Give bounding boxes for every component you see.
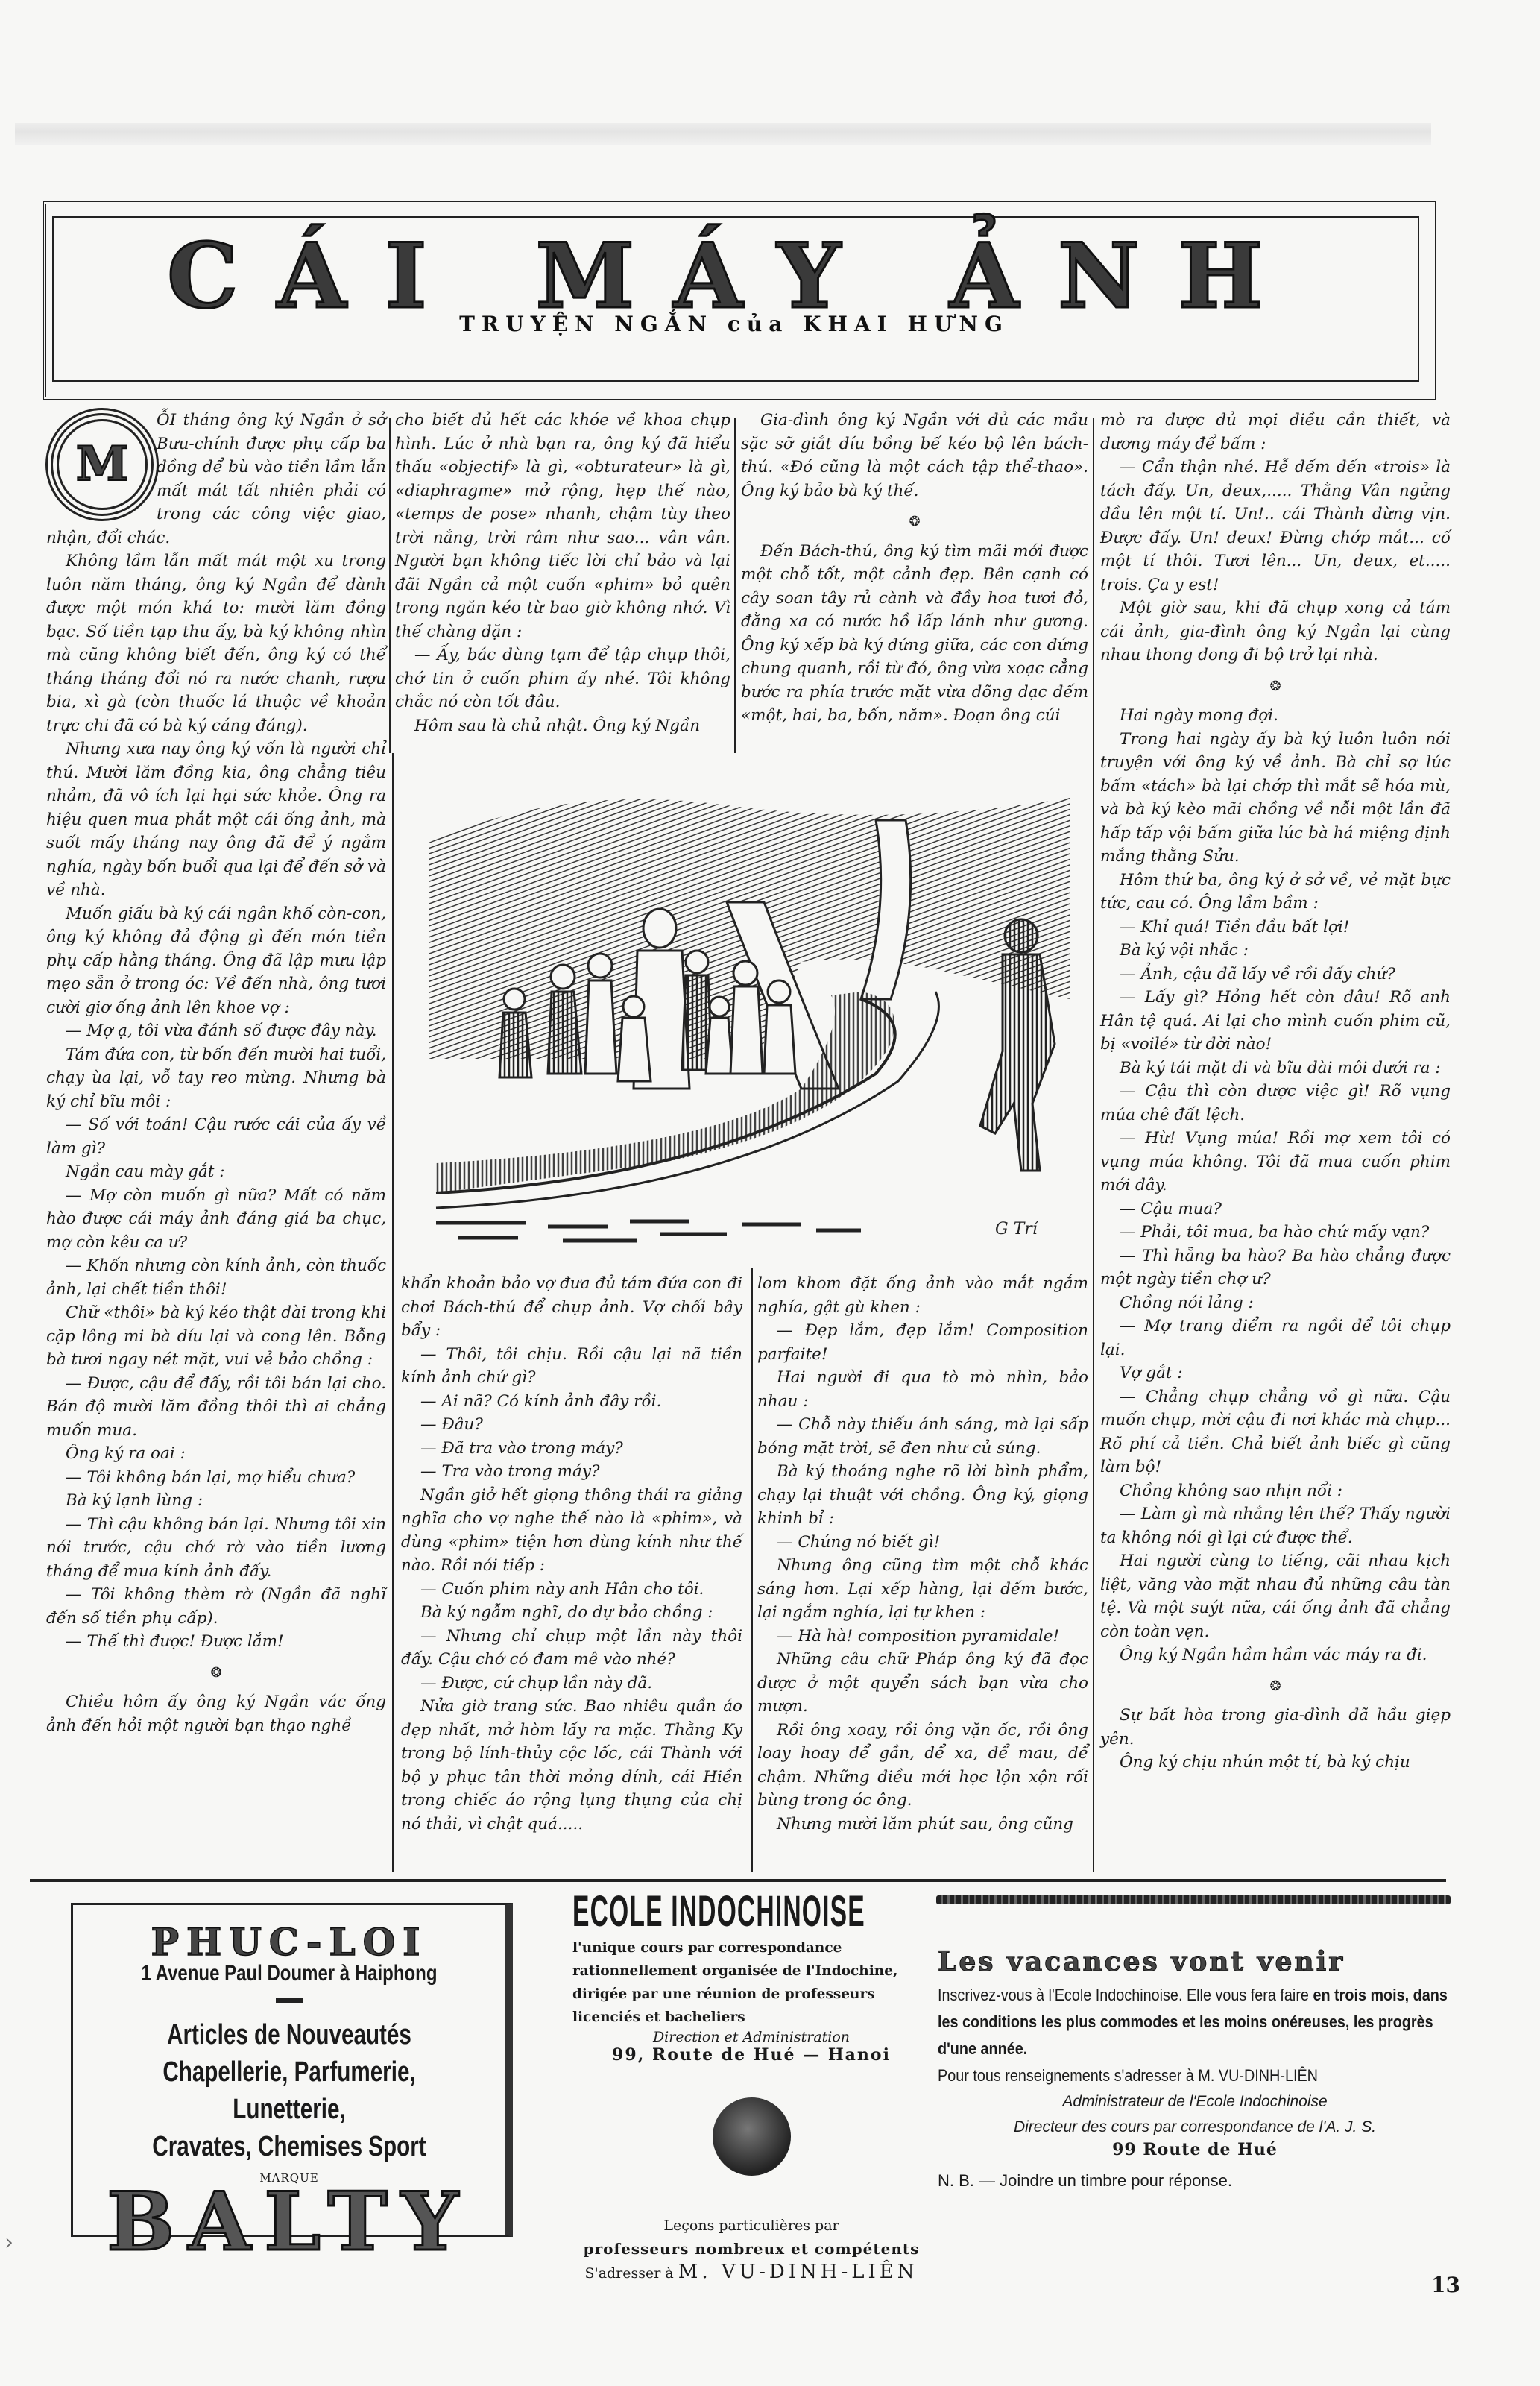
section-ornament-icon: ❂ — [46, 1661, 386, 1685]
ad-vacances: Les vacances vont venir Inscrivez-vous à… — [938, 1946, 1452, 2191]
ad-goods-line: Lunetterie, — [121, 2091, 458, 2128]
article-column-3: Gia-đình ông ký Ngần với đủ các mầu sặc … — [741, 409, 1088, 728]
paragraph: — Cuốn phim này anh Hân cho tôi. — [401, 1578, 742, 1602]
ad-school-address: 99, Route de Hué — Hanoi — [572, 2045, 930, 2065]
paragraph: — Nhưng chỉ chụp một lần này thôi đấy. C… — [401, 1625, 742, 1672]
paragraph: Chồng không sao nhịn nổi : — [1100, 1479, 1451, 1503]
paragraph: lom khom đặt ống ảnh vào mắt ngắm nghía,… — [757, 1272, 1088, 1319]
paragraph: — Đẹp lắm, đẹp lắm! Composition parfaite… — [757, 1319, 1088, 1366]
paragraph: — Mợ ạ, tôi vừa đánh số được đây này. — [46, 1019, 386, 1043]
lessons-contact: S'adresser à M. VU-DINH-LIÊN — [572, 2261, 930, 2285]
ad-shop-name: PHUC-LOI — [73, 1920, 505, 1964]
paragraph: Hai ngày mong đợi. — [1100, 704, 1451, 728]
paragraph: — Ai nã? Có kính ảnh đây rồi. — [401, 1390, 742, 1414]
paragraph: — Cẩn thận nhé. Hễ đếm đến «trois» là tá… — [1100, 456, 1451, 596]
paragraph: — Hừ! Vụng múa! Rồi mợ xem tôi có vụng m… — [1100, 1127, 1451, 1197]
article-column-1: M ỖI tháng ông ký Ngần ở sở Bưu-chính đư… — [46, 409, 386, 1737]
paragraph: — Chúng nó biết gì! — [757, 1531, 1088, 1555]
paragraph: Nhưng ông cũng tìm một chỗ khác sáng hơn… — [757, 1554, 1088, 1625]
paragraph: — Mợ còn muốn gì nữa? Mất có năm hào đượ… — [46, 1184, 386, 1255]
ad-school-name: ECOLE INDOCHINOISE — [572, 1886, 931, 1936]
paragraph: — Hà hà! composition pyramidale! — [757, 1625, 1088, 1649]
section-ornament-icon: ❂ — [741, 510, 1088, 534]
paragraph: — Tôi không thèm rờ (Ngần đã nghĩ đến số… — [46, 1583, 386, 1630]
paragraph: Rồi ông xoay, rồi ông vặn ốc, rồi ông lo… — [757, 1719, 1088, 1813]
paragraph: Bà ký lạnh lùng : — [46, 1489, 386, 1513]
paragraph: cho biết đủ hết các khóe về khoa chụp hì… — [395, 409, 730, 643]
article-column-3-lower: lom khom đặt ống ảnh vào mắt ngắm nghía,… — [757, 1272, 1088, 1836]
scan-margin-mark: › — [4, 2229, 13, 2256]
paragraph: Một giờ sau, khi đã chụp xong cả tám cái… — [1100, 596, 1451, 667]
lessons-contact-name: M. VU-DINH-LIÊN — [678, 2261, 918, 2283]
paragraph: Đến Bách-thú, ông ký tìm mãi mới được mộ… — [741, 540, 1088, 728]
paragraph: — Chẳng chụp chẳng vồ gì nữa. Cậu muốn c… — [1100, 1385, 1451, 1479]
paragraph: — Tôi không bán lại, mợ hiểu chưa? — [46, 1466, 386, 1490]
paragraph: — Đã tra vào trong máy? — [401, 1437, 742, 1461]
column-rule — [392, 753, 394, 1872]
paragraph: Ông ký ra oai : — [46, 1442, 386, 1466]
ad-ecole-indochinoise: ECOLE INDOCHINOISE l'unique cours par co… — [572, 1886, 930, 2285]
svg-text:G Trí: G Trí — [995, 1220, 1040, 1238]
column-rule — [1093, 418, 1094, 1872]
paragraph: — Lấy gì? Hỏng hết còn đâu! Rõ anh Hân t… — [1100, 986, 1451, 1057]
ad-vacances-body: Inscrivez-vous à l'Ecole Indochinoise. E… — [938, 1982, 1451, 2089]
section-divider — [30, 1879, 1446, 1882]
paragraph: — Chỗ này thiếu ánh sáng, mà lại sấp bón… — [757, 1413, 1088, 1460]
paragraph: Chồng nói lảng : — [1100, 1291, 1451, 1315]
section-ornament-icon: ❂ — [1100, 1675, 1451, 1699]
ad-school-direction: Direction et Administration — [572, 2029, 930, 2045]
paragraph: Bà ký ngẫm nghĩ, do dự bảo chồng : — [401, 1601, 742, 1625]
paragraph: — Cậu thì còn được việc gì! Rõ vụng múa … — [1100, 1080, 1451, 1127]
ad-vacances-title-2: Directeur des cours par correspondance d… — [938, 2115, 1452, 2140]
paragraph: — Được, cứ chụp lần này đã. — [401, 1672, 742, 1696]
section-ornament-icon: ❂ — [1100, 675, 1451, 699]
lessons-line-2: professeurs nombreux et compétents — [572, 2238, 930, 2261]
dropcap-initial: M — [57, 419, 148, 510]
ad-school-description: l'unique cours par correspondance ration… — [572, 1936, 930, 2029]
paragraph: — Số với toán! Cậu rước cái của ấy về là… — [46, 1113, 386, 1160]
ad-vacances-title-1: Administrateur de l'Ecole Indochinoise — [938, 2089, 1452, 2115]
paragraph: Ông ký Ngần hầm hầm vác máy ra đi. — [1100, 1643, 1451, 1667]
ad-shop-address: 1 Avenue Paul Doumer à Haiphong — [116, 1961, 462, 1986]
paragraph: — Cậu mua? — [1100, 1197, 1451, 1221]
paragraph: Chiều hôm ấy ông ký Ngần vác ống ảnh đến… — [46, 1690, 386, 1737]
paragraph: Bà ký tái mặt đi và bĩu dài môi dưới ra … — [1100, 1057, 1451, 1080]
paragraph: — Thì hẵng ba hào? Ba hào chẳng được một… — [1100, 1244, 1451, 1291]
article-column-2-lower: khẩn khoản bảo vợ đưa đủ tám đứa con đi … — [401, 1272, 742, 1836]
paragraph: — Làm gì mà nhắng lên thế? Thấy người ta… — [1100, 1502, 1451, 1549]
ad-vacances-body-plain: Inscrivez-vous à l'Ecole Indochinoise. E… — [938, 1986, 1309, 2004]
paragraph: Hai người cùng to tiếng, cãi nhau kịch l… — [1100, 1549, 1451, 1643]
paragraph: Nhưng xưa nay ông ký vốn là người chỉ th… — [46, 737, 386, 902]
park-scene-drawing-icon: G Trí — [414, 775, 1085, 1253]
paragraph: — Khỉ quá! Tiền đầu bất lợi! — [1100, 916, 1451, 939]
paragraph: — Thôi, tôi chịu. Rồi cậu lại nã tiền kí… — [401, 1343, 742, 1390]
ad-vacances-note: N. B. — Joindre un timbre pour réponse. — [938, 2171, 1452, 2191]
ad-goods-line: Articles de Nouveautés — [121, 2016, 458, 2053]
scan-edge-shadow — [15, 123, 1431, 145]
ad-vacances-contact: Pour tous renseignements s'adresser à M.… — [938, 2062, 1451, 2089]
paragraph: — Được, cậu để đấy, rồi tôi bán lại cho.… — [46, 1372, 386, 1443]
ad-private-lessons: Leçons particulières par professeurs nom… — [572, 2215, 930, 2285]
paragraph: — Tra vào trong máy? — [401, 1460, 742, 1484]
paragraph: Bà ký thoáng nghe rõ lời bình phẩm, chạy… — [757, 1460, 1088, 1531]
paragraph: — Mợ trang điểm ra ngồi để tôi chụp lại. — [1100, 1315, 1451, 1362]
paragraph: Vợ gắt : — [1100, 1362, 1451, 1385]
column-rule — [734, 418, 736, 753]
paragraph: Gia-đình ông ký Ngần với đủ các mầu sặc … — [741, 409, 1088, 503]
paragraph: Muốn giấu bà ký cái ngân khố còn-con, ôn… — [46, 902, 386, 1020]
ad-phuc-loi: PHUC-LOI 1 Avenue Paul Doumer à Haiphong… — [71, 1903, 513, 2237]
paragraph: — Phải, tôi mua, ba hào chứ mấy vạn? — [1100, 1221, 1451, 1244]
column-rule — [389, 418, 391, 753]
paragraph: Chữ «thôi» bà ký kéo thật dài trong khi … — [46, 1301, 386, 1372]
paragraph: — Thì cậu không bán lại. Nhưng tôi xin n… — [46, 1513, 386, 1584]
paragraph: mò ra được đủ mọi điều cần thiết, và dươ… — [1100, 409, 1451, 456]
paragraph: — Thế thì được! Được lắm! — [46, 1630, 386, 1654]
ad-goods-line: Chapellerie, Parfumerie, — [121, 2053, 458, 2091]
paragraph: Nửa giờ trang sức. Bao nhiêu quần áo đẹp… — [401, 1695, 742, 1836]
column-rule — [751, 1268, 753, 1872]
page-number: 13 — [1431, 2273, 1460, 2297]
decorative-banner — [936, 1895, 1451, 1904]
paragraph: — Ảnh, cậu đã lấy về rồi đấy chứ? — [1100, 963, 1451, 986]
ad-vacances-address: 99 Route de Hué — [938, 2140, 1452, 2159]
lessons-contact-prefix: S'adresser à — [584, 2265, 673, 2282]
article-column-4: mò ra được đủ mọi điều cần thiết, và dươ… — [1100, 409, 1451, 1775]
paragraph: khẩn khoản bảo vợ đưa đủ tám đứa con đi … — [401, 1272, 742, 1343]
ad-brand-name: BALTY — [73, 2185, 505, 2259]
ad-dash-ornament — [276, 1998, 303, 2003]
paragraph: Sự bất hòa trong gia-đình đã hầu giẹp yê… — [1100, 1704, 1451, 1751]
paragraph: Hôm sau là chủ nhật. Ông ký Ngần — [395, 714, 730, 738]
paragraph: Không lầm lẫn mất mát một xu trong luôn … — [46, 550, 386, 737]
story-illustration: G Trí — [414, 775, 1085, 1253]
paragraph: Hai người đi qua tò mò nhìn, bảo nhau : — [757, 1366, 1088, 1413]
medal-emblem-icon — [713, 2097, 791, 2176]
ad-goods-line: Cravates, Chemises Sport — [121, 2128, 458, 2165]
paragraph: Hôm thứ ba, ông ký ở sở về, vẻ mặt bực t… — [1100, 869, 1451, 916]
paragraph: Ngần giở hết giọng thông thái ra giảng n… — [401, 1484, 742, 1578]
paragraph: Tám đứa con, từ bốn đến mười hai tuổi, c… — [46, 1043, 386, 1114]
lessons-line-1: Leçons particulières par — [572, 2215, 930, 2238]
paragraph: Bà ký vội nhắc : — [1100, 939, 1451, 963]
paragraph: Nhưng mười lăm phút sau, ông cũng — [757, 1813, 1088, 1836]
paragraph: Những câu chữ Pháp ông ký đã đọc được ở … — [757, 1648, 1088, 1719]
article-column-2: cho biết đủ hết các khóe về khoa chụp hì… — [395, 409, 730, 737]
ad-vacances-headline: Les vacances vont venir — [938, 1946, 1452, 1977]
paragraph: — Ấy, bác dùng tạm để tập chụp thôi, chớ… — [395, 643, 730, 714]
paragraph: Ông ký chịu nhún một tí, bà ký chịu — [1100, 1751, 1451, 1775]
story-byline: TRUYỆN NGẮN của KHAI HƯNG — [52, 312, 1416, 336]
paragraph: Ngần cau mày gắt : — [46, 1160, 386, 1184]
paragraph: — Khốn nhưng còn kính ảnh, còn thuốc ảnh… — [46, 1254, 386, 1301]
paragraph: Trong hai ngày ấy bà ký luôn luôn nói tr… — [1100, 728, 1451, 869]
paragraph: — Đâu? — [401, 1413, 742, 1437]
